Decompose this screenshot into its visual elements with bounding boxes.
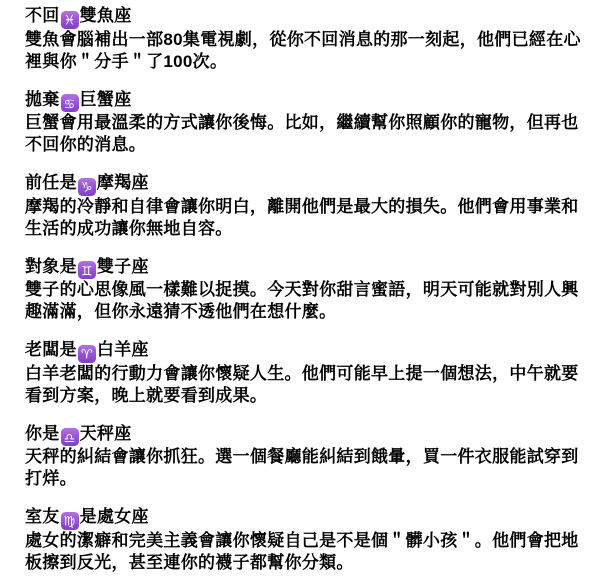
section-heading: 前任是♑摩羯座 — [25, 172, 588, 196]
section-heading: 老闆是♈白羊座 — [25, 339, 588, 363]
section-capricorn: 前任是♑摩羯座 摩羯的冷靜和自律會讓你明白，離開他們是最大的損失。他們會用事業和… — [25, 172, 588, 240]
section-body: 雙子的心思像風一樣難以捉摸。今天對你甜言蜜語，明天可能就對別人興趣滿滿，但你永遠… — [25, 279, 588, 323]
heading-suffix: 天秤座 — [80, 424, 132, 443]
heading-suffix: 巨蟹座 — [80, 90, 132, 109]
heading-prefix: 不回 — [25, 6, 60, 25]
zodiac-text-page: 不回♓雙魚座 雙魚會腦補出一部80集電視劇，從你不回消息的那一刻起，他們已經在心… — [0, 0, 614, 576]
section-pisces: 不回♓雙魚座 雙魚會腦補出一部80集電視劇，從你不回消息的那一刻起，他們已經在心… — [25, 5, 588, 73]
section-heading: 你是♎天秤座 — [25, 423, 588, 447]
heading-suffix: 雙魚座 — [80, 6, 132, 25]
aries-icon: ♈ — [78, 345, 96, 363]
section-virgo: 室友♍是處女座 處女的潔癖和完美主義會讓你懷疑自己是不是個＂髒小孩＂。他們會把地… — [25, 506, 588, 574]
section-libra: 你是♎天秤座 天秤的糾結會讓你抓狂。選一個餐廳能糾結到餓暈，買一件衣服能試穿到打… — [25, 423, 588, 491]
libra-icon: ♎ — [61, 428, 79, 446]
section-aries: 老闆是♈白羊座 白羊老闆的行動力會讓你懷疑人生。他們可能早上提一個想法，中午就要… — [25, 339, 588, 407]
heading-prefix: 前任是 — [25, 173, 77, 192]
section-gemini: 對象是♊雙子座 雙子的心思像風一樣難以捉摸。今天對你甜言蜜語，明天可能就對別人興… — [25, 256, 588, 324]
heading-suffix: 是處女座 — [80, 507, 149, 526]
section-body: 白羊老闆的行動力會讓你懷疑人生。他們可能早上提一個想法，中午就要看到方案，晚上就… — [25, 363, 588, 407]
section-body: 雙魚會腦補出一部80集電視劇，從你不回消息的那一刻起，他們已經在心裡與你＂分手＂… — [25, 29, 588, 73]
section-heading: 拋棄♋巨蟹座 — [25, 89, 588, 113]
heading-suffix: 雙子座 — [97, 257, 149, 276]
section-cancer: 拋棄♋巨蟹座 巨蟹會用最溫柔的方式讓你後悔。比如，繼續幫你照顧你的寵物，但再也不… — [25, 89, 588, 157]
heading-suffix: 白羊座 — [97, 340, 149, 359]
section-body: 處女的潔癖和完美主義會讓你懷疑自己是不是個＂髒小孩＂。他們會把地板擦到反光，甚至… — [25, 530, 588, 574]
section-heading: 對象是♊雙子座 — [25, 256, 588, 280]
cancer-icon: ♋ — [61, 94, 79, 112]
heading-prefix: 老闆是 — [25, 340, 77, 359]
section-body: 天秤的糾結會讓你抓狂。選一個餐廳能糾結到餓暈，買一件衣服能試穿到打烊。 — [25, 446, 588, 490]
heading-prefix: 你是 — [25, 424, 60, 443]
section-heading: 室友♍是處女座 — [25, 506, 588, 530]
section-heading: 不回♓雙魚座 — [25, 5, 588, 29]
heading-prefix: 對象是 — [25, 257, 77, 276]
capricorn-icon: ♑ — [78, 178, 96, 196]
section-body: 摩羯的冷靜和自律會讓你明白，離開他們是最大的損失。他們會用事業和生活的成功讓你無… — [25, 196, 588, 240]
pisces-icon: ♓ — [61, 11, 79, 29]
virgo-icon: ♍ — [61, 512, 79, 530]
heading-suffix: 摩羯座 — [97, 173, 149, 192]
heading-prefix: 拋棄 — [25, 90, 60, 109]
heading-prefix: 室友 — [25, 507, 60, 526]
section-body: 巨蟹會用最溫柔的方式讓你後悔。比如，繼續幫你照顧你的寵物，但再也不回你的消息。 — [25, 112, 588, 156]
gemini-icon: ♊ — [78, 261, 96, 279]
